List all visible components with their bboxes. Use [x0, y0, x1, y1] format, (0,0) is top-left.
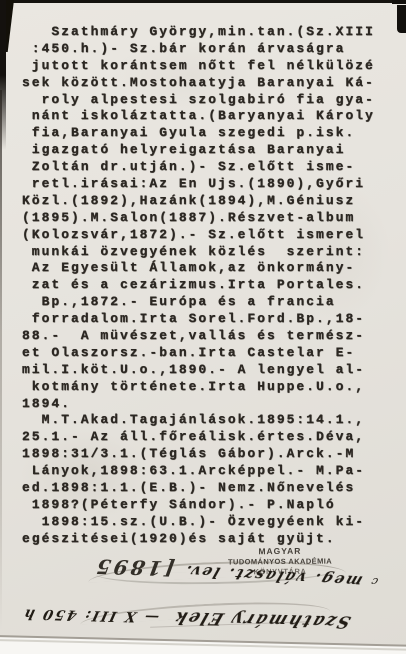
- typed-line: (1895).M.Salon(1887).Részvet-album: [22, 210, 404, 227]
- typed-line: roly alpestesi szolgabiró fia gya-: [22, 92, 404, 109]
- index-card-paper: Szathmáry György,min.tan.(Sz.XIII :450.h…: [0, 0, 406, 654]
- typed-line: 88.- A müvészet,vallás és termész-: [22, 328, 404, 345]
- typed-line: Közl.(1892),Hazánk(1894),M.Géniusz: [22, 193, 404, 210]
- typed-line: 25.1.- Az áll.főreálisk.értes.Déva,: [22, 429, 404, 446]
- typed-line: 1898:31/3.1.(Téglás Gábor).Arck.-M: [22, 446, 404, 463]
- scan-edge-right-top: [392, 0, 406, 4]
- typed-line: 1894.: [22, 396, 404, 413]
- handwriting-mark: c: [370, 576, 380, 589]
- typed-line: :450.h.)- Sz.bár korán árvaságra: [22, 41, 404, 58]
- typed-line: 1898:15.sz.(U.B.)- Özvegyéenk ki-: [22, 514, 404, 531]
- scan-edge-top: [0, 0, 406, 3]
- typed-line: Az Egyesült Államok,az önkormány-: [22, 260, 404, 277]
- handwriting-number: [1895: [91, 554, 175, 580]
- typed-line: kotmány története.Irta Huppe.U.o.,: [22, 379, 404, 396]
- typed-line: zat és a cezárizmus.Irta Portales.: [22, 277, 404, 294]
- typed-line: jutott korántsem nőtt fel nélkülözé: [22, 58, 404, 75]
- scan-edge-left-line: [0, 90, 2, 630]
- handwriting-script: Szathmáry Elek: [170, 607, 354, 631]
- typed-line: sek között.Mostohaatyja Baranyai Ká-: [22, 75, 404, 92]
- typed-line: retl.irásai:Az En Ujs.(1890),Győri: [22, 176, 404, 193]
- typed-line: Szathmáry György,min.tan.(Sz.XIII: [22, 24, 404, 41]
- typed-line: mil.I.köt.U.o.,1890.- A lengyel al-: [22, 362, 404, 379]
- typed-line: (Kolozsvár,1872).- Sz.előtt ismerel: [22, 227, 404, 244]
- typed-line: M.T.Akad.Tagajánlások.1895:14.1.,: [22, 412, 404, 429]
- typed-line: ed.1898:1.1.(E.B.)- Nemz.Nőnevelés: [22, 480, 404, 497]
- typed-line: nánt iskoláztatta.(Baryanyai Károly: [22, 108, 404, 125]
- typed-line: igazgató helyreigaztása Baranyai: [22, 142, 404, 159]
- scan-edge-right-notch: [397, 5, 406, 33]
- typed-line: et Olaszorsz.-ban.Irta Castelar E-: [22, 345, 404, 362]
- typed-line: Bp.,1872.- Európa és a francia: [22, 294, 404, 311]
- typed-line: munkái özvegyének közlés szerint:: [22, 244, 404, 261]
- handwritten-annotation-lower: Szathmáry Elek — X III: 450 h: [50, 594, 351, 642]
- typewritten-text-block: Szathmáry György,min.tan.(Sz.XIII :450.h…: [22, 24, 404, 548]
- handwriting-script: meg. választ. lev.: [181, 562, 365, 591]
- typed-line: fia,Baranyai Gyula szegedi p.isk.: [22, 125, 404, 142]
- typed-line: forradalom.Irta Sorel.Ford.Bp.,18-: [22, 311, 404, 328]
- typed-line: Lányok,1898:63.1.Arcképpel.- M.Pa-: [22, 463, 404, 480]
- handwriting-reference: — X III: 450 h: [21, 605, 161, 624]
- typed-line: Zoltán dr.utján.)- Sz.előtt isme-: [22, 159, 404, 176]
- scanned-card-page: Szathmáry György,min.tan.(Sz.XIII :450.h…: [0, 0, 406, 654]
- typed-line: 1898?(Péterfy Sándor).- P.Napló: [22, 497, 404, 514]
